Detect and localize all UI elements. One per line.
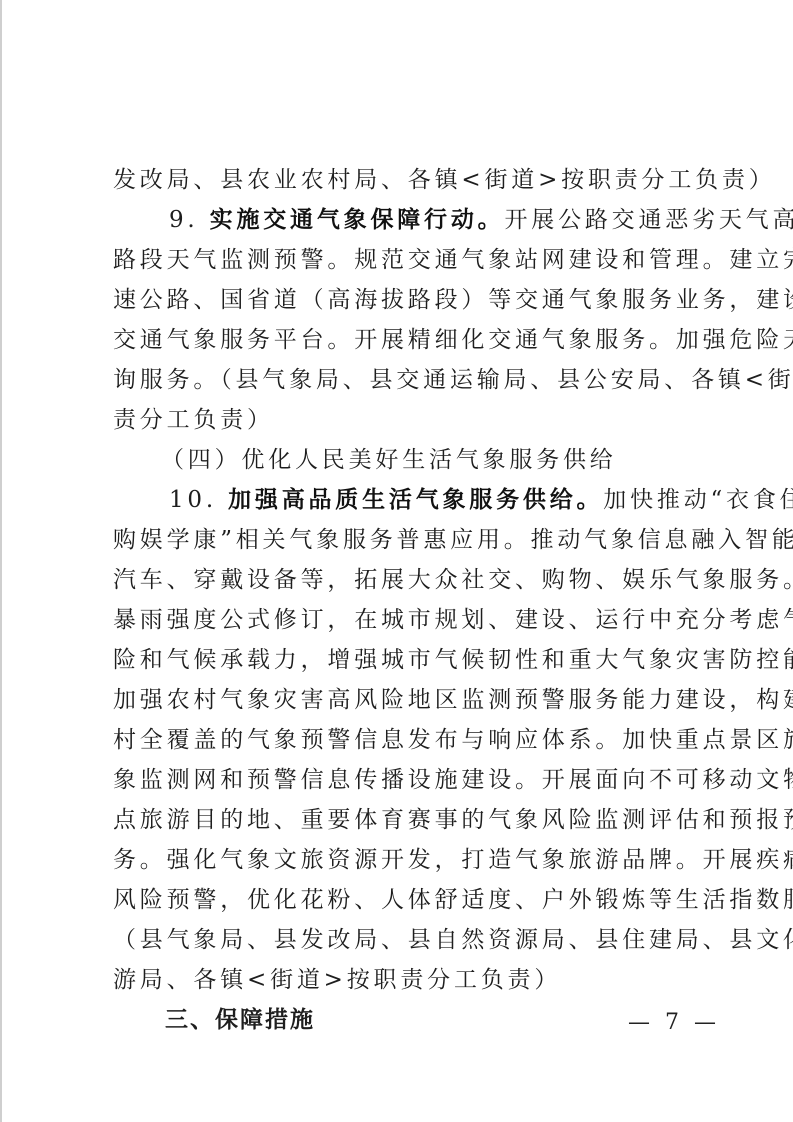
item-number: 10. — [169, 487, 228, 513]
paragraph-line: 购娱学康”相关气象服务普惠应用。推动气象信息融入智能家居、 — [113, 520, 703, 560]
section-subheading: （四）优化人民美好生活气象服务供给 — [113, 440, 703, 480]
page-edge — [0, 0, 2, 1122]
line-text: 加强农村气象灾害高风险地区监测预警服务能力建设，构建行政 — [113, 687, 793, 713]
paragraph-line: 暴雨强度公式修订，在城市规划、建设、运行中充分考虑气象风 — [113, 600, 703, 640]
paragraph-line: 汽车、穿戴设备等，拓展大众社交、购物、娱乐气象服务。开展 — [113, 560, 703, 600]
paragraph-line: 加强农村气象灾害高风险地区监测预警服务能力建设，构建行政 — [113, 680, 703, 720]
line-text: 速公路、国省道（高海拔路段）等交通气象服务业务，建设综合 — [113, 287, 793, 313]
paragraph-line: 务。强化气象文旅资源开发，打造气象旅游品牌。开展疾病气象 — [113, 840, 703, 880]
item-10-heading-line: 10. 加强高品质生活气象服务供给。加快推动“衣食住行游 — [113, 480, 703, 520]
line-text: 风险预警，优化花粉、人体舒适度、户外锻炼等生活指数服务。 — [113, 887, 793, 913]
item-number: 9. — [169, 207, 210, 233]
paragraph-line: 路段天气监测预警。规范交通气象站网建设和管理。建立完善高 — [113, 240, 703, 280]
paragraph-line: 村全覆盖的气象预警信息发布与响应体系。加快重点景区旅游气 — [113, 720, 703, 760]
paragraph-line: 交通气象服务平台。开展精细化交通气象服务。加强危险天气咨 — [113, 320, 703, 360]
line-text: 村全覆盖的气象预警信息发布与响应体系。加快重点景区旅游气 — [113, 727, 793, 753]
subheading-text: （四）优化人民美好生活气象服务供给 — [161, 447, 617, 473]
paragraph-line: 险和气候承载力，增强城市气候韧性和重大气象灾害防控能力。 — [113, 640, 703, 680]
line-text: 发改局、县农业农村局、各镇<街道>按职责分工负责） — [113, 167, 776, 193]
paragraph-line: 点旅游目的地、重要体育赛事的气象风险监测评估和预报预警业 — [113, 800, 703, 840]
paragraph-line: 询服务。（县气象局、县交通运输局、县公安局、各镇<街道>按职 — [113, 360, 703, 400]
paragraph-line: 风险预警，优化花粉、人体舒适度、户外锻炼等生活指数服务。 — [113, 880, 703, 920]
paragraph-line: 责分工负责） — [113, 400, 703, 440]
line-text: 暴雨强度公式修订，在城市规划、建设、运行中充分考虑气象风 — [113, 607, 793, 633]
section-heading-text: 三、保障措施 — [165, 1007, 315, 1033]
line-text: 购娱学康”相关气象服务普惠应用。推动气象信息融入智能家居、 — [113, 527, 793, 553]
line-text: 责分工负责） — [113, 407, 274, 433]
line-text: 险和气候承载力，增强城市气候韧性和重大气象灾害防控能力。 — [113, 647, 793, 673]
item-title: 实施交通气象保障行动。 — [210, 206, 505, 233]
line-text: 路段天气监测预警。规范交通气象站网建设和管理。建立完善高 — [113, 247, 793, 273]
section-heading: 三、保障措施 — [113, 1000, 703, 1040]
line-text: 点旅游目的地、重要体育赛事的气象风险监测评估和预报预警业 — [113, 807, 793, 833]
page-number: — 7 — — [628, 1010, 720, 1035]
line-text: 加快推动“衣食住行游 — [603, 487, 793, 513]
line-text: 交通气象服务平台。开展精细化交通气象服务。加强危险天气咨 — [113, 327, 793, 353]
paragraph-line: （县气象局、县发改局、县自然资源局、县住建局、县文化和旅 — [113, 920, 703, 960]
line-text: 游局、各镇<街道>按职责分工负责） — [113, 967, 561, 993]
item-title: 加强高品质生活气象服务供给。 — [228, 486, 603, 513]
line-text: 象监测网和预警信息传播设施建设。开展面向不可移动文物、重 — [113, 767, 793, 793]
line-text: 汽车、穿戴设备等，拓展大众社交、购物、娱乐气象服务。开展 — [113, 567, 793, 593]
line-text: 询服务。（县气象局、县交通运输局、县公安局、各镇<街道>按职 — [113, 367, 793, 393]
line-text: 务。强化气象文旅资源开发，打造气象旅游品牌。开展疾病气象 — [113, 847, 793, 873]
paragraph-line: 游局、各镇<街道>按职责分工负责） — [113, 960, 703, 1000]
paragraph-line: 象监测网和预警信息传播设施建设。开展面向不可移动文物、重 — [113, 760, 703, 800]
document-body: 发改局、县农业农村局、各镇<街道>按职责分工负责） 9. 实施交通气象保障行动。… — [113, 160, 703, 1040]
line-text: （县气象局、县发改局、县自然资源局、县住建局、县文化和旅 — [113, 927, 793, 953]
line-text: 开展公路交通恶劣天气高影响 — [504, 207, 793, 233]
paragraph-line: 速公路、国省道（高海拔路段）等交通气象服务业务，建设综合 — [113, 280, 703, 320]
paragraph-line: 发改局、县农业农村局、各镇<街道>按职责分工负责） — [113, 160, 703, 200]
item-9-heading-line: 9. 实施交通气象保障行动。开展公路交通恶劣天气高影响 — [113, 200, 703, 240]
